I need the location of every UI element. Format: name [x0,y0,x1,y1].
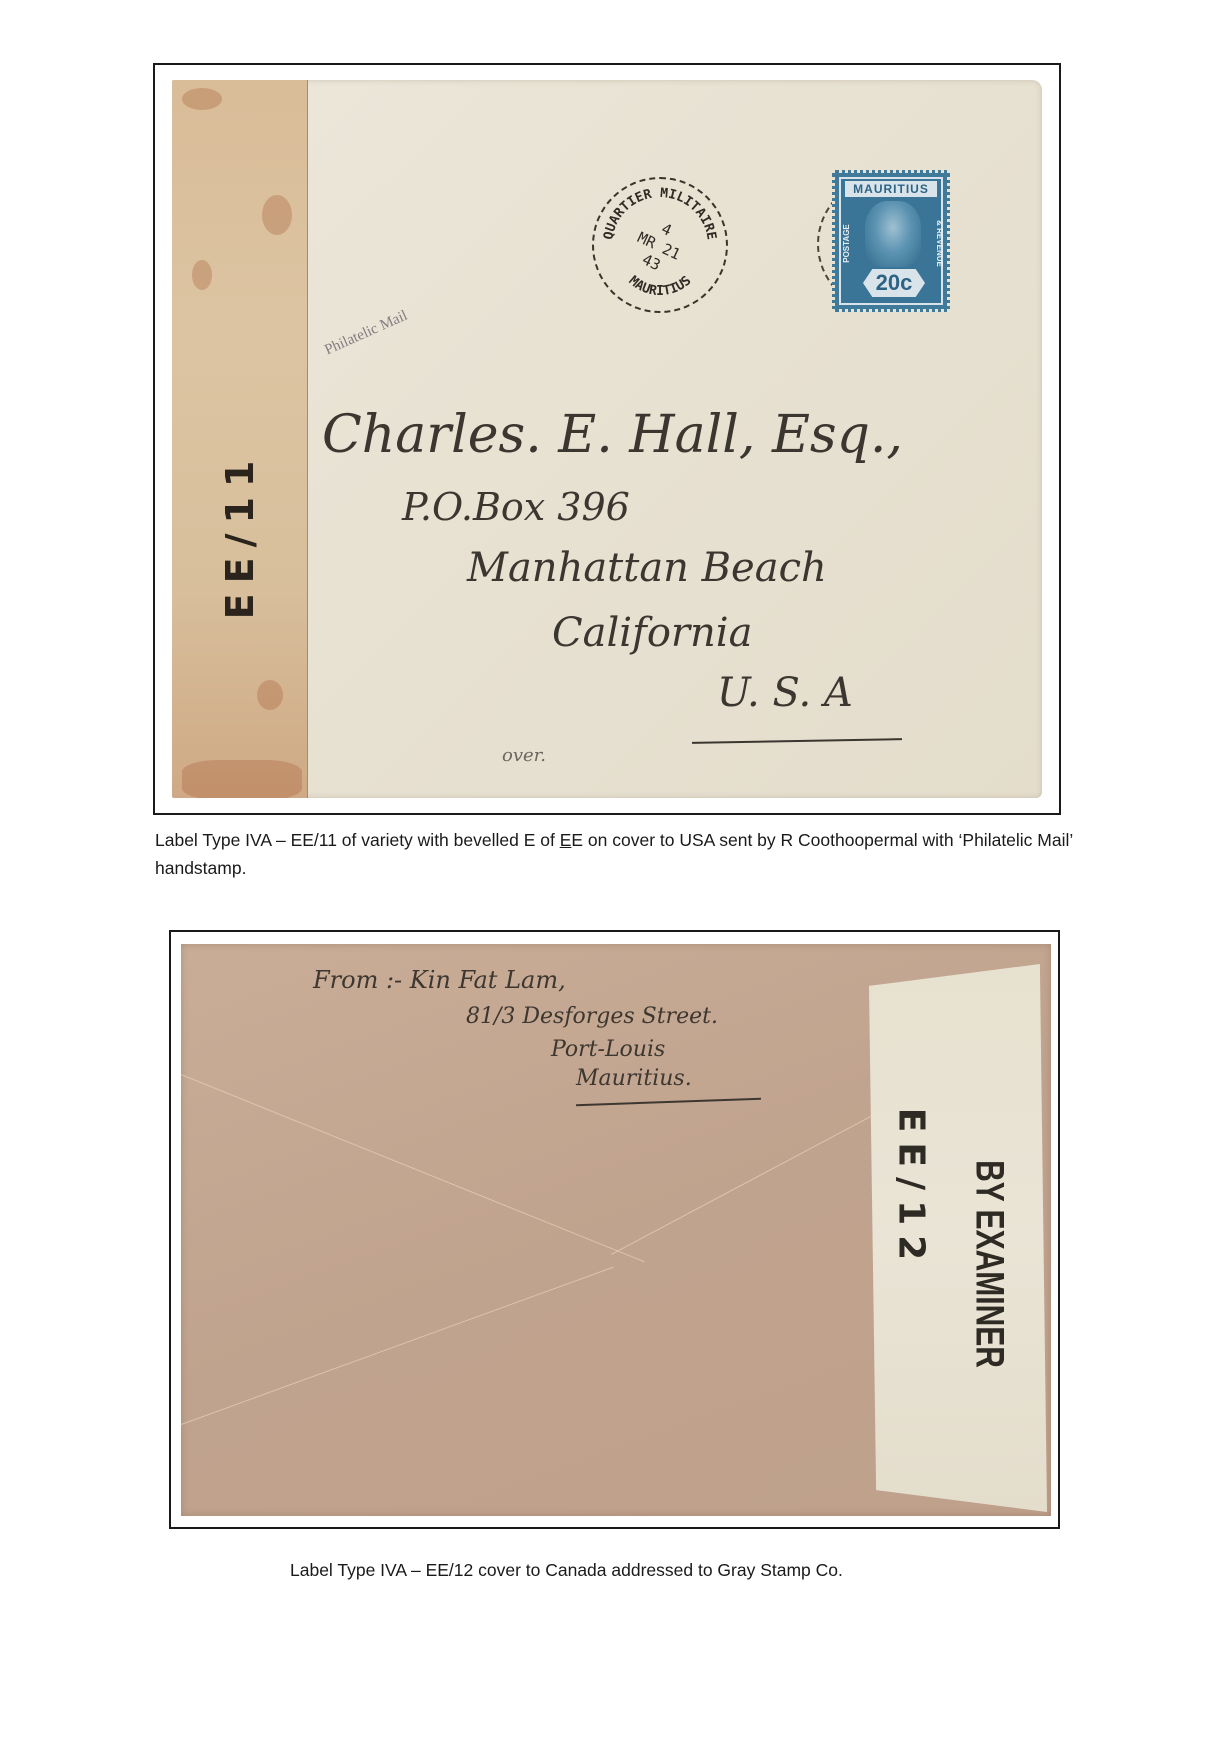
address-line-state: California [552,610,752,656]
sender-line-street: 81/3 Desforges Street. [466,1004,718,1029]
postage-stamp-20c: MAURITIUS POSTAGE & REVENUE 20c [832,170,950,312]
sender-line-name: From :- Kin Fat Lam, [313,966,566,994]
address-line-city: Manhattan Beach [467,545,827,591]
over-note: over. [502,745,546,766]
caption-1-prefix: Label Type IVA – EE/11 of variety with b… [155,830,560,850]
sender-underline [576,1098,761,1106]
address-line-pobox: P.O.Box 396 [402,485,630,529]
postmark-bottom-arc: MAURITIUS [626,273,695,299]
sender-line-country: Mauritius. [576,1066,692,1091]
censor-label-ee11: EE/11 [172,80,308,798]
address-line-name: Charles. E. Hall, Esq., [322,405,903,465]
address-line-country: U. S. A [717,670,853,716]
cover-2-frame: From :- Kin Fat Lam, 81/3 Desforges Stre… [169,930,1060,1529]
cover-1-frame: EE/11 QUARTIER MILITAIRE MAURITIUS 4 MR … [153,63,1061,815]
censor-label-number: EE/11 [218,451,262,620]
stamp-country: MAURITIUS [845,181,937,197]
philatelic-mail-handstamp: Philatelic Mail [322,308,410,360]
cover-1-caption: Label Type IVA – EE/11 of variety with b… [155,826,1075,882]
stamp-value: 20c [863,269,925,297]
caption-1-underlined: E [560,830,572,850]
svg-text:MAURITIUS: MAURITIUS [626,273,695,299]
envelope-fold-line [181,1267,614,1425]
envelope-fold-line [181,1074,645,1262]
stamp-revenue-text: & REVENUE [935,220,944,267]
postmark-quartier-militaire: QUARTIER MILITAIRE MAURITIUS 4 MR 21 43 [592,177,728,313]
sender-line-city: Port-Louis [551,1037,665,1062]
censor-label-ee12: BY EXAMINER EE/12 [869,964,1047,1512]
censor-label-by-examiner: BY EXAMINER [967,1160,1012,1368]
cover-1-envelope-image: EE/11 QUARTIER MILITAIRE MAURITIUS 4 MR … [172,80,1042,798]
king-portrait-icon [865,201,921,267]
address-underline [692,738,902,744]
stamp-postage-text: POSTAGE [842,224,851,263]
censor-label-number: EE/12 [891,1108,932,1270]
cover-2-caption: Label Type IVA – EE/12 cover to Canada a… [290,1556,843,1584]
cover-2-envelope-image: From :- Kin Fat Lam, 81/3 Desforges Stre… [181,944,1051,1516]
